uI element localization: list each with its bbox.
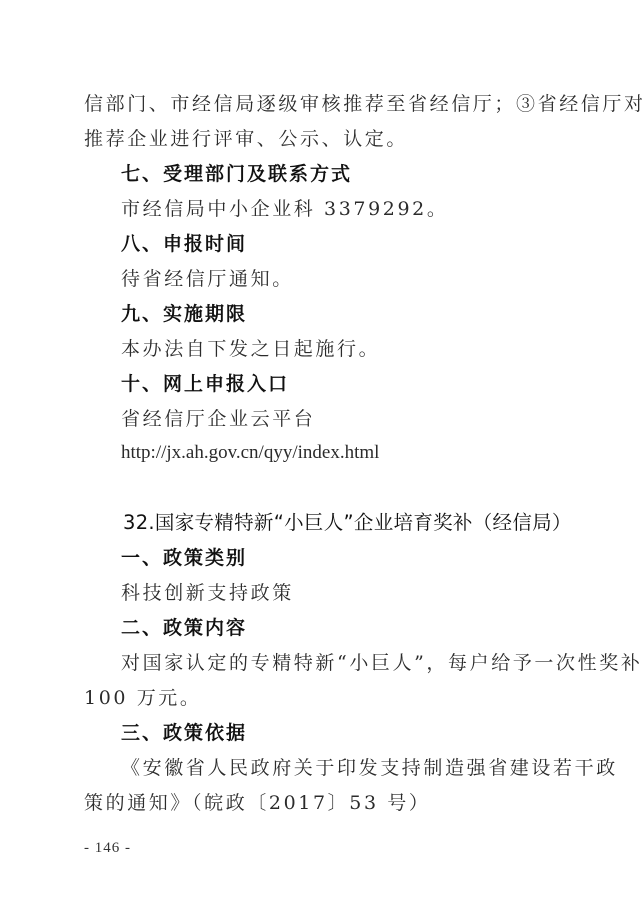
continuation-line-2: 推荐企业进行评审、公示、认定。 — [84, 127, 408, 151]
continuation-line-1: 信部门、市经信局逐级审核推荐至省经信厅；③省经信厅对 — [84, 92, 642, 116]
online-entry-url[interactable]: http://jx.ah.gov.cn/qyy/index.html — [121, 441, 379, 465]
section-body-period: 本办法自下发之日起施行。 — [121, 337, 380, 361]
section-heading-contact: 七、受理部门及联系方式 — [121, 162, 352, 186]
section-body-category: 科技创新支持政策 — [121, 581, 294, 605]
section-heading-apply-time: 八、申报时间 — [121, 232, 247, 256]
section-body-basis-line-1: 《安徽省人民政府关于印发支持制造强省建设若干政 — [121, 756, 618, 780]
section-body-contact: 市经信局中小企业科 3379292。 — [121, 197, 448, 221]
page-number: - 146 - — [84, 836, 131, 860]
section-heading-period: 九、实施期限 — [121, 302, 247, 326]
section-body-content-line-2: 100 万元。 — [84, 686, 202, 710]
policy-title: 32.国家专精特新“小巨人”企业培育奖补（经信局） — [123, 511, 572, 535]
section-heading-basis: 三、政策依据 — [121, 721, 247, 745]
section-heading-online-entry: 十、网上申报入口 — [121, 372, 289, 396]
section-body-content-line-1: 对国家认定的专精特新“小巨人”，每户给予一次性奖补 — [121, 651, 642, 675]
section-body-basis-line-2: 策的通知》（皖政〔2017〕53 号） — [84, 791, 430, 815]
section-body-apply-time: 待省经信厅通知。 — [121, 267, 294, 291]
section-heading-content: 二、政策内容 — [121, 616, 247, 640]
section-heading-category: 一、政策类别 — [121, 546, 247, 570]
section-body-online-entry: 省经信厅企业云平台 — [121, 407, 315, 431]
